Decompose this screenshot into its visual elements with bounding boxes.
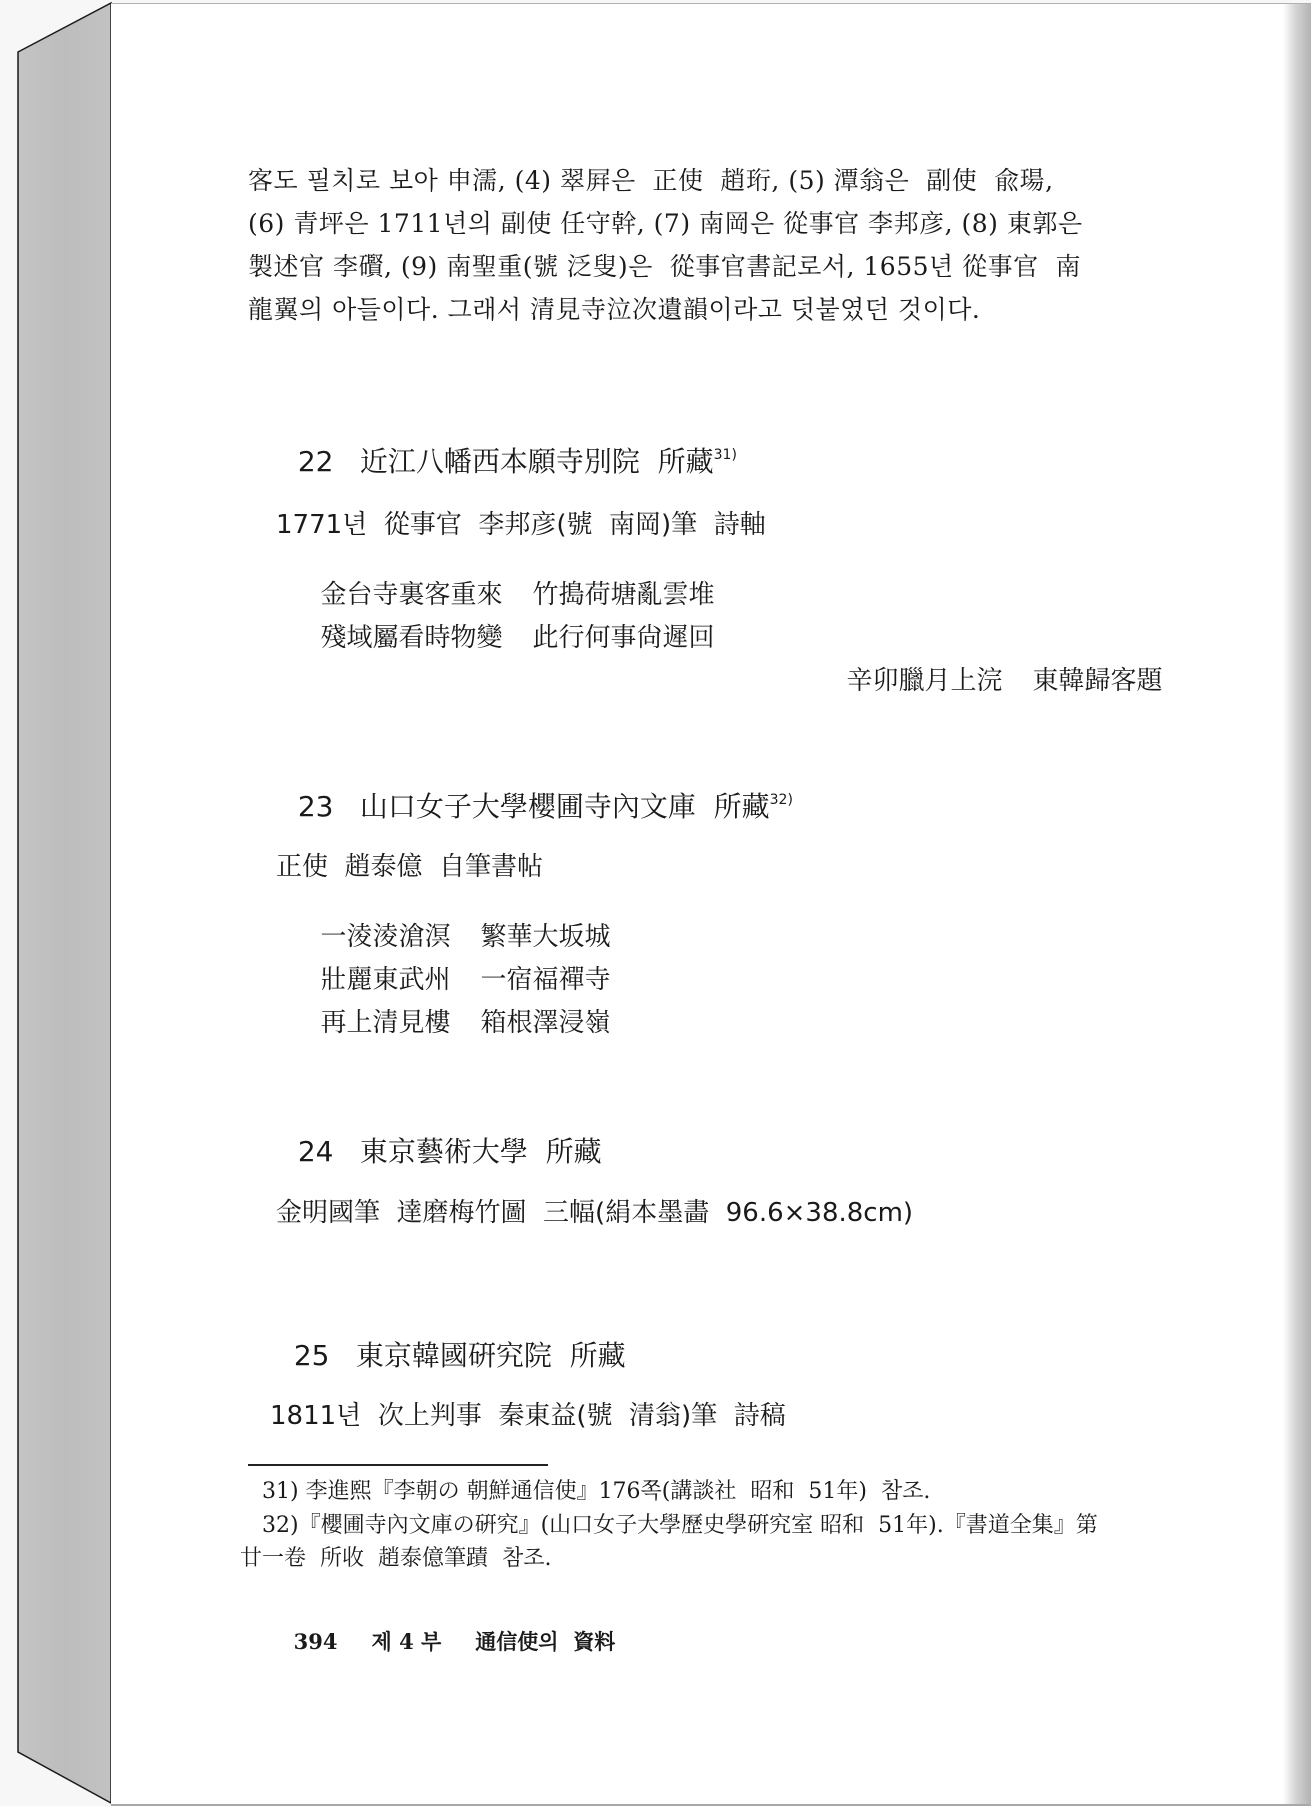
paragraph-line-3: 製述官 李礥, (9) 南聖重(號 泛叟)은 從事官書記로서, 1655년 從事…: [248, 254, 1081, 279]
footnote-31: 31) 李進熙『李朝の 朝鮮通信使』176쪽(講談社 昭和 51年) 참조.: [262, 1481, 930, 1503]
paragraph-line-4: 龍翼의 아들이다. 그래서 清見寺泣次遺韻이라고 덧붙였던 것이다.: [248, 297, 980, 322]
poem-signature: 辛卯臘月上浣東韓歸客題: [830, 642, 1163, 694]
page-number: 394: [294, 1629, 338, 1654]
section-22-item: 1771년 從事官 李邦彦(號 南岡)筆 詩軸: [276, 512, 766, 538]
section-number: 25: [294, 1342, 356, 1370]
section-title: 東京藝術大學 所藏: [360, 1135, 602, 1168]
section-number: 23: [298, 793, 360, 821]
poem-verse: 此行何事尙遲回: [533, 623, 715, 653]
footnote-ref-31[interactable]: 31): [714, 447, 737, 463]
section-title: 東京韓國硏究院 所藏: [356, 1339, 626, 1372]
poem-line: 再上清見樓箱根澤浸嶺: [304, 984, 611, 1036]
poem-verse: 再上清見樓: [321, 1008, 451, 1038]
signature-date: 辛卯臘月上浣: [847, 666, 1003, 696]
page-footer: 394제 4 부通信使의 資料: [279, 1610, 615, 1652]
section-number: 24: [298, 1138, 360, 1166]
section-23-item: 正使 趙泰億 自筆書帖: [276, 854, 543, 880]
footnote-32: 32)『櫻圃寺內文庫の硏究』(山口女子大學歷史學硏究室 昭和 51年).『書道全…: [262, 1515, 1098, 1537]
footnote-divider: [248, 1464, 548, 1466]
page-edge-shadow: [1283, 4, 1311, 1804]
poem-line: 殘域屬看時物變此行何事尙遲回: [304, 599, 715, 651]
section-number: 22: [298, 448, 360, 476]
section-heading-23: 23山口女子大學櫻圃寺內文庫 所藏32): [280, 765, 793, 821]
chapter-title: 通信使의 資料: [475, 1629, 615, 1654]
section-heading-24: 24東京藝術大學 所藏: [280, 1110, 602, 1166]
signature-author: 東韓歸客題: [1033, 666, 1163, 696]
section-heading-22: 22近江八幡西本願寺別院 所藏31): [280, 420, 737, 476]
section-title: 近江八幡西本願寺別院 所藏: [360, 445, 714, 478]
paragraph-line-2: (6) 青坪은 1711년의 副使 任守幹, (7) 南岡은 從事官 李邦彦, …: [248, 211, 1082, 236]
footnote-32-continued: 廿一卷 所收 趙泰億筆蹟 참조.: [240, 1548, 551, 1570]
poem-verse: 殘域屬看時物變: [321, 623, 503, 653]
paragraph-line-1: 客도 필치로 보아 申濡, (4) 翠屛은 正使 趙珩, (5) 潭翁은 副使 …: [248, 168, 1054, 193]
part-label: 제 4 부: [371, 1629, 441, 1654]
section-24-item: 金明國筆 達磨梅竹圖 三幅(絹本墨畵 96.6×38.8cm): [276, 1200, 913, 1226]
footnote-ref-32[interactable]: 32): [770, 792, 793, 808]
section-25-item: 1811년 次上判事 秦東益(號 清翁)筆 詩稿: [270, 1403, 786, 1429]
section-heading-25: 25東京韓國硏究院 所藏: [276, 1314, 626, 1370]
poem-verse: 箱根澤浸嶺: [481, 1008, 611, 1038]
section-title: 山口女子大學櫻圃寺內文庫 所藏: [360, 790, 770, 823]
